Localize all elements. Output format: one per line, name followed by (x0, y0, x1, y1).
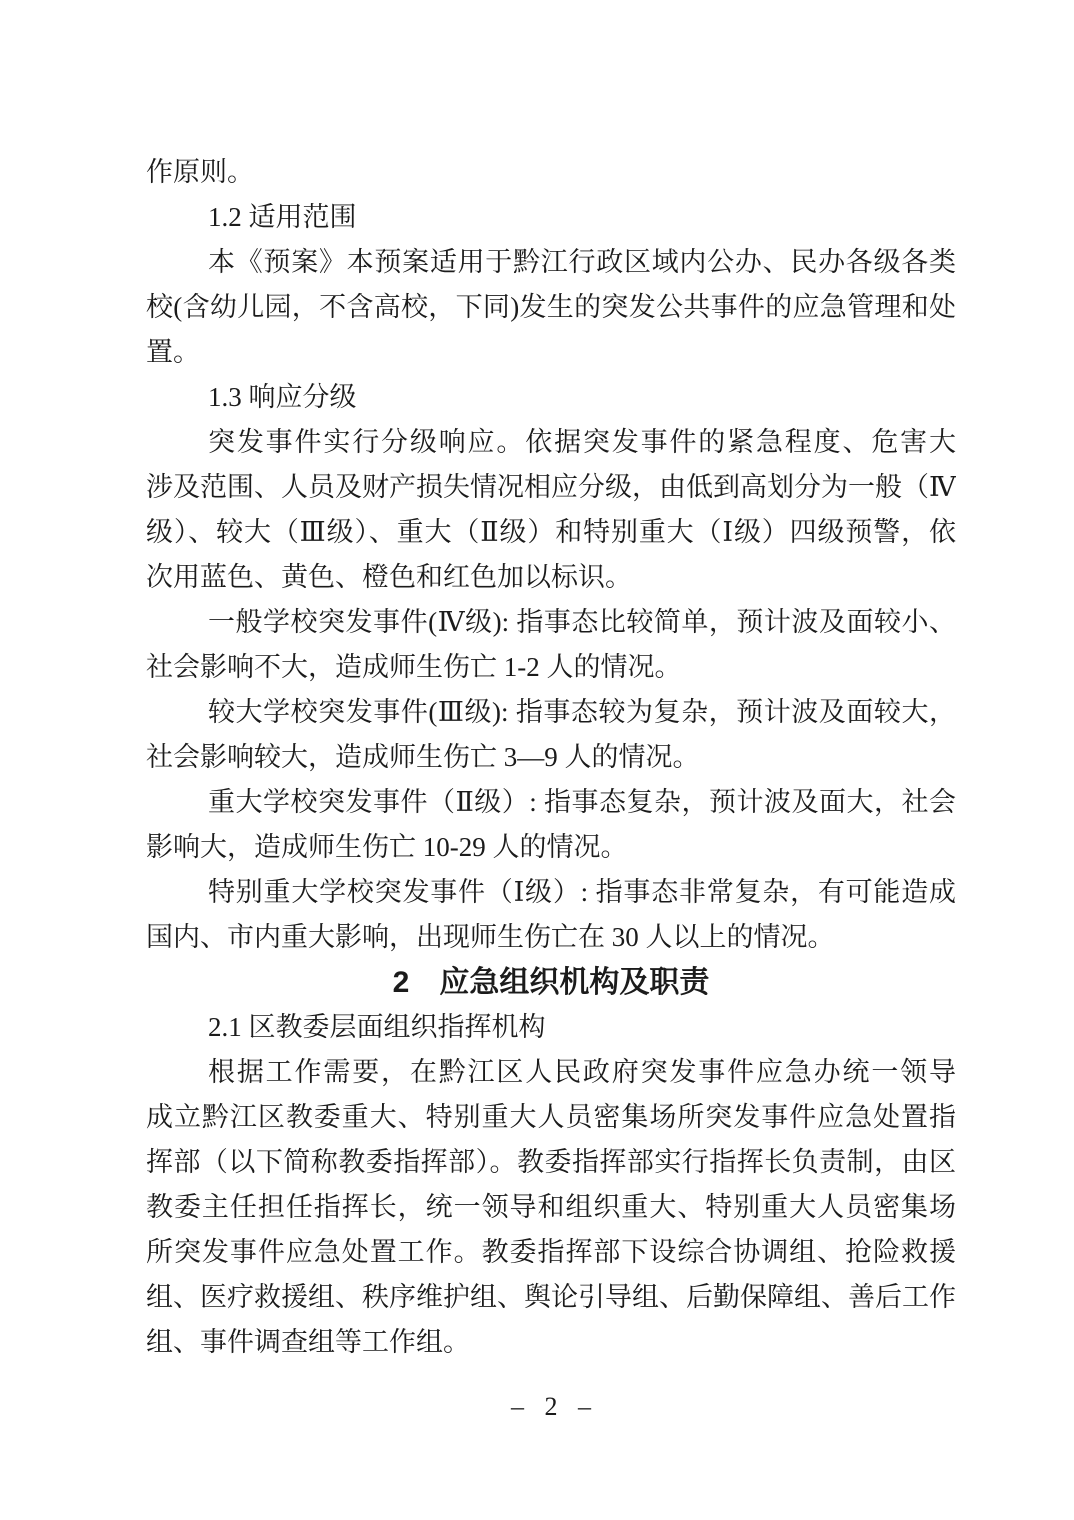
text-line: 本《预案》本预案适用于黔江行政区域内公办、民办各级各类学 (146, 240, 956, 285)
text-line: 突发事件实行分级响应。依据突发事件的紧急程度、危害大小、 (146, 420, 956, 465)
text-line: 组、事件调查组等工作组。 (146, 1320, 956, 1365)
text-line: 重大学校突发事件（Ⅱ级）: 指事态复杂，预计波及面大，社会 (146, 780, 956, 825)
paragraph-continuation-line: 作原则。 (146, 150, 956, 195)
text-line: 教委主任担任指挥长，统一领导和组织重大、特别重大人员密集场 (146, 1185, 956, 1230)
text-line: 一般学校突发事件(Ⅳ级): 指事态比较简单，预计波及面较小、 (146, 600, 956, 645)
text-line: 置。 (146, 330, 956, 375)
text-line: 社会影响较大，造成师生伤亡 3—9 人的情况。 (146, 735, 956, 780)
page-number: – 2 – (146, 1391, 956, 1423)
subsection-heading-1-3: 1.3 响应分级 (146, 375, 956, 420)
text-line: 校(含幼儿园，不含高校，下同)发生的突发公共事件的应急管理和处 (146, 285, 956, 330)
text-line: 所突发事件应急处置工作。教委指挥部下设综合协调组、抢险救援 (146, 1230, 956, 1275)
document-page: 作原则。 1.2 适用范围 本《预案》本预案适用于黔江行政区域内公办、民办各级各… (0, 0, 1074, 1520)
section-heading-2: 2 应急组织机构及职责 (146, 960, 956, 1005)
text-line: 根据工作需要，在黔江区人民政府突发事件应急办统一领导下， (146, 1050, 956, 1095)
text-line: 国内、市内重大影响，出现师生伤亡在 30 人以上的情况。 (146, 915, 956, 960)
text-line: 特别重大学校突发事件（Ⅰ级）: 指事态非常复杂，有可能造成 (146, 870, 956, 915)
text-line: 级）、较大（Ⅲ级）、重大（Ⅱ级）和特别重大（Ⅰ级）四级预警，依 (146, 510, 956, 555)
subsection-heading-1-2: 1.2 适用范围 (146, 195, 956, 240)
text-line: 社会影响不大，造成师生伤亡 1-2 人的情况。 (146, 645, 956, 690)
text-line: 涉及范围、人员及财产损失情况相应分级，由低到高划分为一般（Ⅳ (146, 465, 956, 510)
text-line: 较大学校突发事件(Ⅲ级): 指事态较为复杂，预计波及面较大， (146, 690, 956, 735)
text-line: 次用蓝色、黄色、橙色和红色加以标识。 (146, 555, 956, 600)
text-line: 影响大，造成师生伤亡 10-29 人的情况。 (146, 825, 956, 870)
text-line: 组、医疗救援组、秩序维护组、舆论引导组、后勤保障组、善后工作 (146, 1275, 956, 1320)
text-line: 挥部（以下简称教委指挥部）。教委指挥部实行指挥长负责制，由区 (146, 1140, 956, 1185)
subsection-heading-2-1: 2.1 区教委层面组织指挥机构 (146, 1005, 956, 1050)
text-line: 成立黔江区教委重大、特别重大人员密集场所突发事件应急处置指 (146, 1095, 956, 1140)
